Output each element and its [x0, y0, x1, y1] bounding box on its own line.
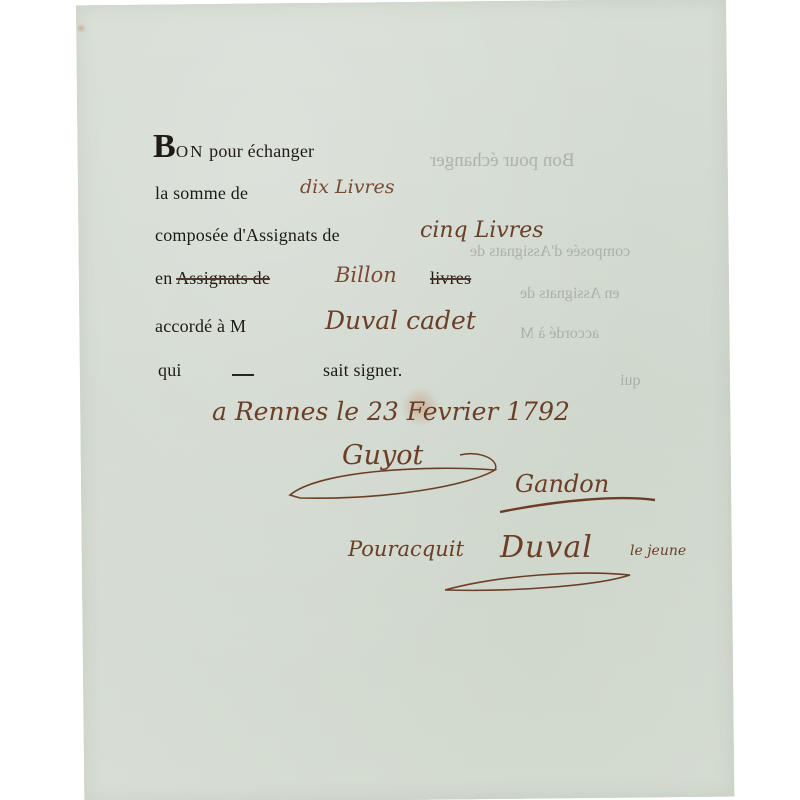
- signature-flourish-guyot: [0, 0, 800, 800]
